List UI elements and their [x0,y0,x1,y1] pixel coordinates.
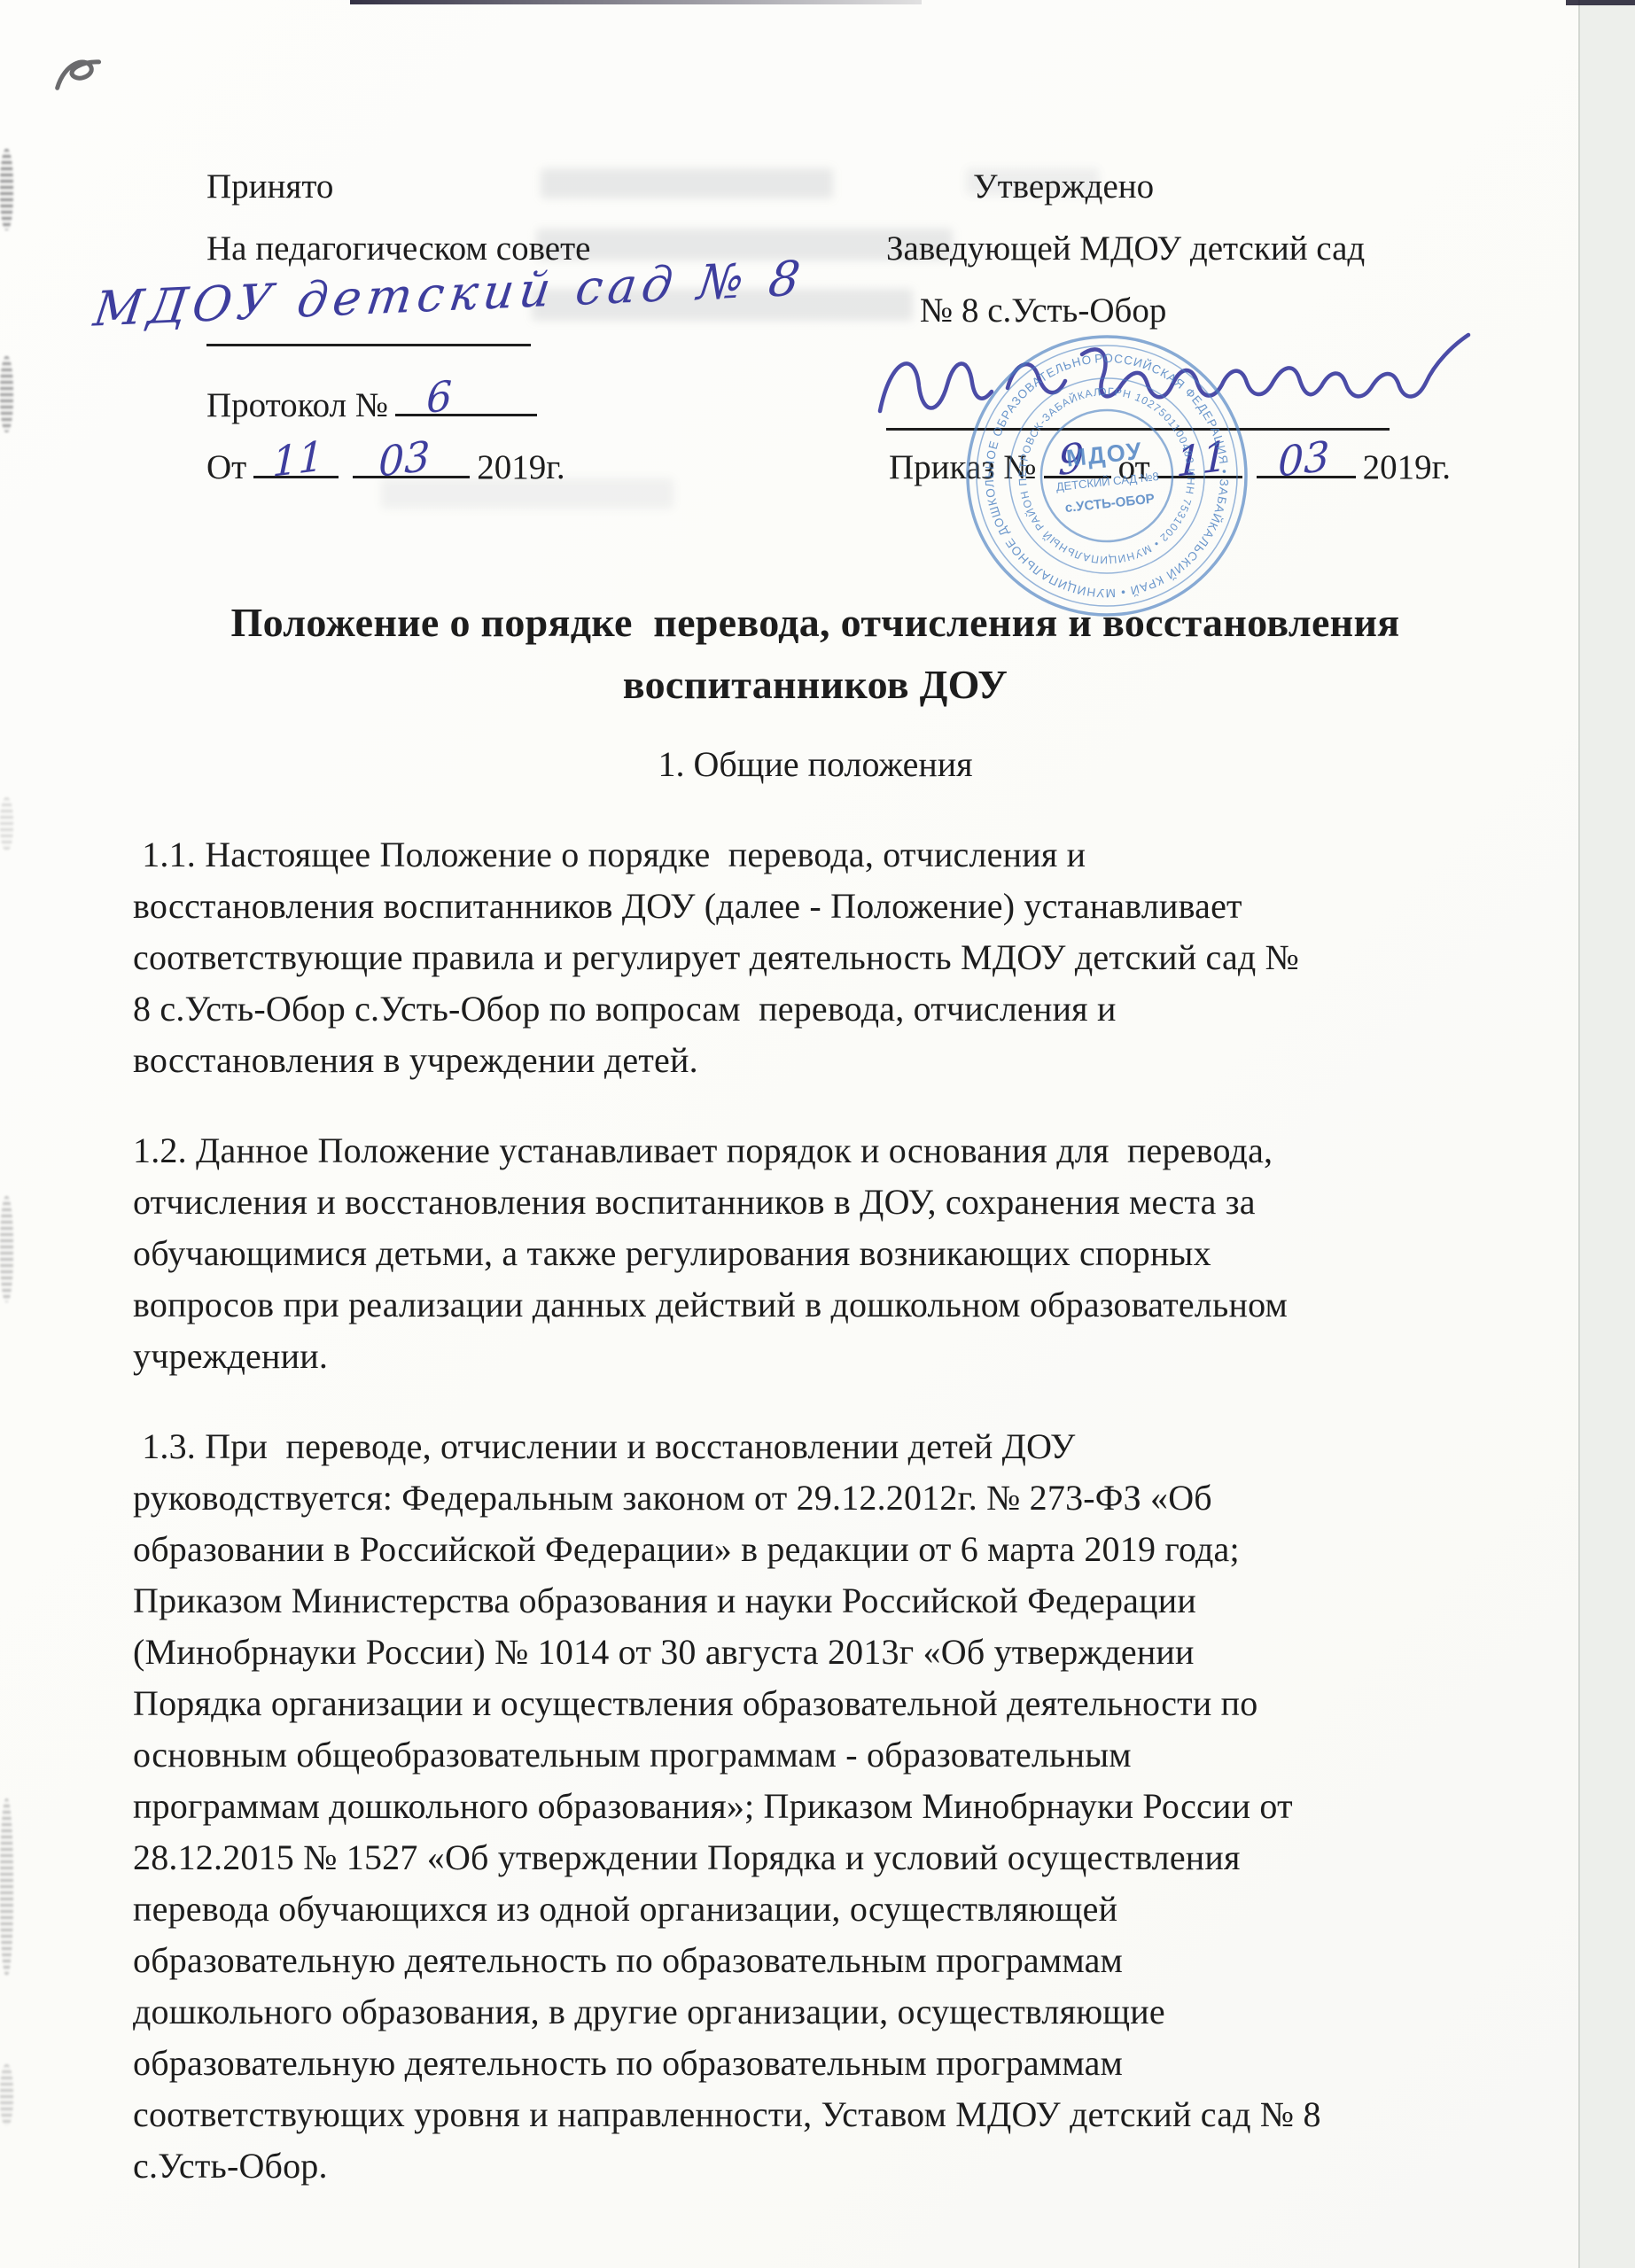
scanned-document-page: Принято На педагогическом совете МДОУ де… [0,0,1635,2268]
date-day-blank: 11 [253,441,339,478]
date-month-blank: 03 [353,441,470,478]
stamp-inner-line1: МДОУ [1065,438,1145,472]
scan-smudge [0,2064,13,2126]
accepted-label: Принято [206,167,333,206]
paragraph-1-1: 1.1. Настоящее Положение о порядке перев… [133,829,1498,1086]
organization-underline [206,344,531,346]
scan-top-line [350,0,922,4]
handwritten-order-month: 03 [1278,431,1330,486]
stamp-inner-line3: с.УСТЬ-ОБОР [1064,492,1156,517]
document-body: Положение о порядке перевода, отчисления… [133,592,1498,2192]
handwritten-protocol-number: 6 [426,371,453,423]
approved-by-line: Заведующей МДОУ детский сад [886,229,1365,268]
scan-edge-strip [1578,0,1635,2268]
approved-label: Утверждено [973,167,1154,206]
section-heading: 1. Общие положения [133,739,1498,790]
order-year: 2019г. [1363,448,1451,486]
date-year: 2019г. [477,448,564,486]
scan-top-line-right [1566,0,1635,5]
scan-smudge [0,149,13,230]
handwritten-day: 11 [272,431,324,486]
bleed-through-artifact [541,168,833,198]
pen-scribble-mark [48,46,126,101]
scan-smudge [0,1196,13,1302]
acceptance-date-row: От11032019г. [206,441,565,487]
stamp-inner-line2: ДЕТСКИЙ САД №8 [1055,470,1159,493]
handwritten-month: 03 [378,431,431,486]
order-month-blank: 03 [1257,441,1356,478]
document-title: Положение о порядке перевода, отчисления… [133,592,1498,716]
scan-smudge [0,1798,13,1976]
protocol-label: Протокол № [206,386,388,424]
date-prefix: От [206,448,246,486]
official-round-stamp: РОССИЙСКАЯ ФЕДЕРАЦИЯ • ЗАБАЙКАЛЬСКИЙ КРА… [944,313,1269,638]
paragraph-1-3: 1.3. При переводе, отчислении и восстано… [133,1421,1498,2192]
protocol-row: Протокол №6 [206,379,544,425]
paragraph-1-2: 1.2. Данное Положение устанавливает поря… [133,1125,1498,1382]
scan-smudge [0,797,13,850]
scan-smudge [0,356,13,432]
protocol-number-blank: 6 [395,379,537,416]
